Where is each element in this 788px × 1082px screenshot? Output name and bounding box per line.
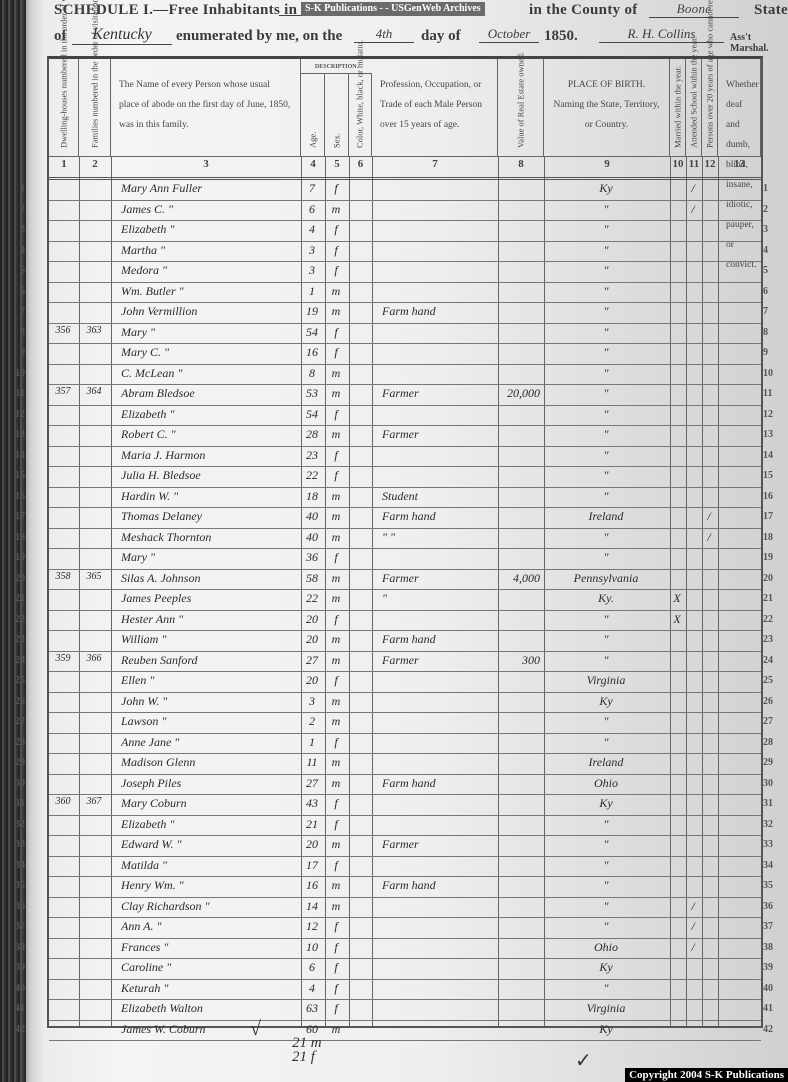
cell-age: 16 xyxy=(303,345,321,360)
table-row: Madison Glenn11mIreland xyxy=(49,753,761,775)
cell-birth: " xyxy=(546,735,666,750)
cell-name: Mary Ann Fuller xyxy=(121,181,299,196)
line-number-left: 33 xyxy=(5,839,25,850)
cell-age: 4 xyxy=(303,981,321,996)
cell-occupation: Farmer xyxy=(382,386,496,401)
cell-birth: " xyxy=(546,448,666,463)
cell-name: James W. Coburn xyxy=(121,1022,299,1037)
cell-name: James C. " xyxy=(121,202,299,217)
column-header-label: Color, White, black, or mulatto. xyxy=(356,40,365,148)
cell-name: Edward W. " xyxy=(121,837,299,852)
cell-married: X xyxy=(672,591,682,606)
cell-name: Elizabeth Walton xyxy=(121,1001,299,1016)
cell-school: / xyxy=(688,202,698,217)
table-row: Julia H. Bledsoe22f" xyxy=(49,466,761,488)
cell-age: 7 xyxy=(303,181,321,196)
cell-sex: m xyxy=(327,284,345,299)
line-number-right: 7 xyxy=(763,306,783,317)
table-row: Anne Jane "1f" xyxy=(49,733,761,755)
table-row: James Peeples22m"Ky.X xyxy=(49,589,761,611)
table-row: Caroline "6fKy xyxy=(49,958,761,980)
line-number-left: 31 xyxy=(5,798,25,809)
cell-age: 6 xyxy=(303,960,321,975)
line-number-left: 8 xyxy=(5,327,25,338)
cell-sex: m xyxy=(327,571,345,586)
column-header-label: Families numbered in the order of visita… xyxy=(90,0,99,148)
table-row: Frances "10fOhio/ xyxy=(49,938,761,960)
cell-sex: m xyxy=(327,878,345,893)
cell-sex: f xyxy=(327,468,345,483)
line-number-left: 17 xyxy=(5,511,25,522)
cell-sex: m xyxy=(327,591,345,606)
cell-birth: " xyxy=(546,263,666,278)
cell-value: 300 xyxy=(500,653,540,668)
cell-birth: " xyxy=(546,202,666,217)
cell-name: Henry Wm. " xyxy=(121,878,299,893)
table-row: 360367Mary Coburn43fKy xyxy=(49,794,761,816)
line-number-right: 42 xyxy=(763,1024,783,1035)
cell-name: Mary C. " xyxy=(121,345,299,360)
column-header-label: Value of Real Estate owned. xyxy=(516,52,525,148)
line-number-left: 21 xyxy=(5,593,25,604)
line-number-right: 26 xyxy=(763,696,783,707)
line-number-left: 34 xyxy=(5,860,25,871)
cell-dwelling: 359 xyxy=(51,653,75,664)
line-number-left: 18 xyxy=(5,532,25,543)
line-number-right: 5 xyxy=(763,265,783,276)
cell-name: Elizabeth " xyxy=(121,222,299,237)
column-header-1: Dwelling-houses numbered in the order of… xyxy=(49,59,79,156)
page-tally: 21 m 21 f xyxy=(292,1036,322,1064)
cell-age: 20 xyxy=(303,612,321,627)
cell-birth: " xyxy=(546,222,666,237)
line-number-right: 28 xyxy=(763,737,783,748)
cell-name: Ellen " xyxy=(121,673,299,688)
cell-birth: Ireland xyxy=(546,755,666,770)
cell-age: 19 xyxy=(303,304,321,319)
cell-age: 3 xyxy=(303,694,321,709)
cell-school: / xyxy=(688,940,698,955)
cell-age: 54 xyxy=(303,407,321,422)
column-header-label: Attended School within the year. xyxy=(689,36,698,148)
cell-name: Reuben Sanford xyxy=(121,653,299,668)
cell-age: 2 xyxy=(303,714,321,729)
table-row: C. McLean "8m" xyxy=(49,364,761,386)
line-number-right: 22 xyxy=(763,614,783,625)
cell-birth: " xyxy=(546,304,666,319)
cell-birth: " xyxy=(546,632,666,647)
line-number-right: 8 xyxy=(763,327,783,338)
cell-birth: " xyxy=(546,837,666,852)
table-row: 359366Reuben Sanford27mFarmer300" xyxy=(49,651,761,673)
cell-sex: m xyxy=(327,714,345,729)
cell-birth: " xyxy=(546,899,666,914)
line-number-left: 41 xyxy=(5,1003,25,1014)
tally-female: 21 f xyxy=(292,1050,322,1064)
cell-sex: f xyxy=(327,858,345,873)
cell-name: Elizabeth " xyxy=(121,817,299,832)
cell-name: John W. " xyxy=(121,694,299,709)
cell-sex: f xyxy=(327,673,345,688)
line-number-right: 12 xyxy=(763,409,783,420)
line-number-right: 23 xyxy=(763,634,783,645)
table-row: Hardin W. "18mStudent" xyxy=(49,487,761,509)
cell-dwelling: 357 xyxy=(51,386,75,397)
table-row: Ann A. "12f"/ xyxy=(49,917,761,939)
line-number-left: 9 xyxy=(5,347,25,358)
cell-age: 18 xyxy=(303,489,321,504)
line-number-left: 7 xyxy=(5,306,25,317)
cell-family: 367 xyxy=(81,796,107,807)
watermark-banner: S-K Publications - - USGenWeb Archives xyxy=(301,2,485,16)
table-row: Clay Richardson "14m"/ xyxy=(49,897,761,919)
line-number-left: 27 xyxy=(5,716,25,727)
cell-age: 1 xyxy=(303,284,321,299)
cell-sex: m xyxy=(327,632,345,647)
line-number-left: 22 xyxy=(5,614,25,625)
cell-birth: " xyxy=(546,550,666,565)
line-number-left: 29 xyxy=(5,757,25,768)
line-number-left: 30 xyxy=(5,778,25,789)
cell-age: 22 xyxy=(303,468,321,483)
line-number-right: 27 xyxy=(763,716,783,727)
line-number-left: 23 xyxy=(5,634,25,645)
cell-sex: f xyxy=(327,407,345,422)
cell-occupation: Farmer xyxy=(382,837,496,852)
cell-birth: Ky xyxy=(546,181,666,196)
table-row: John Vermillion19mFarm hand" xyxy=(49,302,761,324)
cell-birth: " xyxy=(546,366,666,381)
cell-birth: " xyxy=(546,345,666,360)
table-row: Keturah "4f" xyxy=(49,979,761,1001)
column-header-13: Whether deaf and dumb, blind, insane, id… xyxy=(718,59,761,156)
line-number-right: 20 xyxy=(763,573,783,584)
cell-birth: " xyxy=(546,489,666,504)
table-row: 356363Mary "54f" xyxy=(49,323,761,345)
cell-sex: f xyxy=(327,243,345,258)
table-row: 358365Silas A. Johnson58mFarmer4,000Penn… xyxy=(49,569,761,591)
line-number-right: 36 xyxy=(763,901,783,912)
line-number-left: 4 xyxy=(5,245,25,256)
cell-name: James Peeples xyxy=(121,591,299,606)
line-number-right: 3 xyxy=(763,224,783,235)
cell-birth: " xyxy=(546,386,666,401)
line-number-left: 15 xyxy=(5,470,25,481)
table-row: Matilda "17f" xyxy=(49,856,761,878)
cell-age: 3 xyxy=(303,263,321,278)
cell-birth: Ky xyxy=(546,694,666,709)
cell-school: / xyxy=(688,181,698,196)
table-row: Elizabeth "4f" xyxy=(49,220,761,242)
line-number-right: 19 xyxy=(763,552,783,563)
check-mark-icon: √ xyxy=(250,1018,261,1041)
cell-birth: Pennsylvania xyxy=(546,571,666,586)
cell-occupation: Farm hand xyxy=(382,878,496,893)
cell-sex: f xyxy=(327,960,345,975)
table-row: Lawson "2m" xyxy=(49,712,761,734)
line-number-left: 14 xyxy=(5,450,25,461)
table-row: Martha "3f" xyxy=(49,241,761,263)
cell-sex: m xyxy=(327,776,345,791)
cell-sex: f xyxy=(327,325,345,340)
cell-birth: " xyxy=(546,858,666,873)
cell-school: / xyxy=(688,899,698,914)
cell-age: 16 xyxy=(303,878,321,893)
column-header-8: Value of Real Estate owned. xyxy=(498,59,544,156)
table-row: Mary "36f" xyxy=(49,548,761,570)
column-header-label: PLACE OF BIRTH. Naming the State, Territ… xyxy=(544,59,669,135)
line-number-right: 2 xyxy=(763,204,783,215)
cell-birth: Virginia xyxy=(546,1001,666,1016)
cell-age: 4 xyxy=(303,222,321,237)
cell-occupation: Farm hand xyxy=(382,776,496,791)
table-row: James C. "6m"/ xyxy=(49,200,761,222)
line-number-left: 11 xyxy=(5,388,25,399)
line-number-right: 29 xyxy=(763,757,783,768)
line-number-left: 39 xyxy=(5,962,25,973)
column-header-9: PLACE OF BIRTH. Naming the State, Territ… xyxy=(544,59,670,156)
cell-name: John Vermillion xyxy=(121,304,299,319)
cell-dwelling: 360 xyxy=(51,796,75,807)
cell-age: 1 xyxy=(303,735,321,750)
line-number-right: 32 xyxy=(763,819,783,830)
cell-name: Hardin W. " xyxy=(121,489,299,504)
cell-name: Maria J. Harmon xyxy=(121,448,299,463)
table-row: Wm. Butler "1m" xyxy=(49,282,761,304)
table-row: Maria J. Harmon23f" xyxy=(49,446,761,468)
cell-family: 363 xyxy=(81,325,107,336)
cell-occupation: Farmer xyxy=(382,653,496,668)
column-number-row xyxy=(49,156,761,180)
line-number-right: 33 xyxy=(763,839,783,850)
line-number-right: 40 xyxy=(763,983,783,994)
cell-sex: m xyxy=(327,366,345,381)
cell-age: 21 xyxy=(303,817,321,832)
cell-name: Silas A. Johnson xyxy=(121,571,299,586)
cell-age: 36 xyxy=(303,550,321,565)
cell-birth: " xyxy=(546,817,666,832)
table-row: Meshack Thornton40m" ""/ xyxy=(49,528,761,550)
column-header-4: Age. xyxy=(301,73,325,156)
cell-birth: " xyxy=(546,919,666,934)
line-number-right: 39 xyxy=(763,962,783,973)
cell-name: Frances " xyxy=(121,940,299,955)
cell-name: Meshack Thornton xyxy=(121,530,299,545)
line-number-left: 12 xyxy=(5,409,25,420)
cell-birth: " xyxy=(546,468,666,483)
cell-married: X xyxy=(672,612,682,627)
cell-name: C. McLean " xyxy=(121,366,299,381)
year-value: 1850. xyxy=(544,28,578,45)
cell-sex: f xyxy=(327,1001,345,1016)
table-row: John W. "3mKy xyxy=(49,692,761,714)
cell-birth: Ohio xyxy=(546,776,666,791)
cell-name: Julia H. Bledsoe xyxy=(121,468,299,483)
cell-sex: m xyxy=(327,694,345,709)
cell-sex: m xyxy=(327,653,345,668)
cell-age: 54 xyxy=(303,325,321,340)
table-row: Medora "3f" xyxy=(49,261,761,283)
line-number-right: 17 xyxy=(763,511,783,522)
census-page: SCHEDULE I.—Free Inhabitants in in the C… xyxy=(0,0,788,1082)
table-row: Edward W. "20mFarmer" xyxy=(49,835,761,857)
tally-male: 21 m xyxy=(292,1036,322,1050)
cell-birth: " xyxy=(546,612,666,627)
line-number-right: 34 xyxy=(763,860,783,871)
cell-name: Robert C. " xyxy=(121,427,299,442)
cell-sex: f xyxy=(327,796,345,811)
cell-birth: " xyxy=(546,981,666,996)
cell-age: 6 xyxy=(303,202,321,217)
line-number-right: 38 xyxy=(763,942,783,953)
cell-name: Mary " xyxy=(121,325,299,340)
cell-age: 40 xyxy=(303,509,321,524)
line-number-right: 11 xyxy=(763,388,783,399)
cell-name: Martha " xyxy=(121,243,299,258)
cell-sex: f xyxy=(327,181,345,196)
cell-value: 4,000 xyxy=(500,571,540,586)
line-number-left: 37 xyxy=(5,921,25,932)
cell-sex: f xyxy=(327,550,345,565)
cell-age: 20 xyxy=(303,632,321,647)
line-number-right: 13 xyxy=(763,429,783,440)
line-number-right: 18 xyxy=(763,532,783,543)
cell-age: 27 xyxy=(303,653,321,668)
state-value: Kentucky xyxy=(72,26,172,45)
column-header-10: Married within the year. xyxy=(670,59,686,156)
cell-illiterate: / xyxy=(704,530,714,545)
cell-value: 20,000 xyxy=(500,386,540,401)
cell-age: 8 xyxy=(303,366,321,381)
cell-birth: Ohio xyxy=(546,940,666,955)
cell-name: Joseph Piles xyxy=(121,776,299,791)
cell-sex: m xyxy=(327,509,345,524)
cell-birth: " xyxy=(546,407,666,422)
cell-name: Abram Bledsoe xyxy=(121,386,299,401)
line-number-left: 26 xyxy=(5,696,25,707)
cell-age: 12 xyxy=(303,919,321,934)
cell-sex: f xyxy=(327,448,345,463)
cell-age: 22 xyxy=(303,591,321,606)
line-number-right: 1 xyxy=(763,183,783,194)
cell-birth: " xyxy=(546,427,666,442)
cell-name: Keturah " xyxy=(121,981,299,996)
table-row: Joseph Piles27mFarm handOhio xyxy=(49,774,761,796)
cell-name: Lawson " xyxy=(121,714,299,729)
marshal-label: Ass't Marshal. xyxy=(730,32,788,54)
table-row: Elizabeth "21f" xyxy=(49,815,761,837)
line-number-left: 20 xyxy=(5,573,25,584)
line-number-left: 25 xyxy=(5,675,25,686)
cell-age: 63 xyxy=(303,1001,321,1016)
table-row: Thomas Delaney40mFarm handIreland/ xyxy=(49,507,761,529)
line-number-left: 1 xyxy=(5,183,25,194)
column-header-label: Age. xyxy=(308,132,317,148)
cell-age: 28 xyxy=(303,427,321,442)
cell-sex: m xyxy=(327,427,345,442)
line-number-right: 25 xyxy=(763,675,783,686)
cell-name: Matilda " xyxy=(121,858,299,873)
line-number-right: 30 xyxy=(763,778,783,789)
cell-occupation: Farmer xyxy=(382,571,496,586)
cell-sex: m xyxy=(327,202,345,217)
line-number-left: 32 xyxy=(5,819,25,830)
cell-age: 58 xyxy=(303,571,321,586)
line-number-left: 16 xyxy=(5,491,25,502)
line-number-right: 24 xyxy=(763,655,783,666)
cell-school: / xyxy=(688,919,698,934)
cell-birth: Ky xyxy=(546,1022,666,1037)
column-header-label: Persons over 20 years of age who cannot … xyxy=(705,0,714,148)
table-row: Elizabeth "54f" xyxy=(49,405,761,427)
column-header-label: The Name of every Person whose usual pla… xyxy=(111,59,300,135)
line-number-left: 40 xyxy=(5,983,25,994)
line-number-left: 35 xyxy=(5,880,25,891)
state-label: State xyxy=(754,2,788,19)
cell-age: 20 xyxy=(303,837,321,852)
cell-name: Mary Coburn xyxy=(121,796,299,811)
cell-name: Madison Glenn xyxy=(121,755,299,770)
cell-age: 17 xyxy=(303,858,321,873)
cell-sex: m xyxy=(327,386,345,401)
table-row: Elizabeth Walton63fVirginia xyxy=(49,999,761,1021)
cell-age: 40 xyxy=(303,530,321,545)
column-header-label: Profession, Occupation, or Trade of each… xyxy=(372,59,497,135)
line-number-right: 16 xyxy=(763,491,783,502)
line-number-right: 14 xyxy=(763,450,783,461)
column-header-7: Profession, Occupation, or Trade of each… xyxy=(372,59,498,156)
table-row: 357364Abram Bledsoe53mFarmer20,000" xyxy=(49,384,761,406)
cell-occupation: Farm hand xyxy=(382,509,496,524)
line-number-left: 3 xyxy=(5,224,25,235)
cell-sex: m xyxy=(327,899,345,914)
cell-birth: Ky. xyxy=(546,591,666,606)
copyright-notice: Copyright 2004 S-K Publications xyxy=(625,1068,788,1082)
line-number-left: 38 xyxy=(5,942,25,953)
table-row: Hester Ann "20f"X xyxy=(49,610,761,632)
cell-occupation: " " xyxy=(382,530,496,545)
line-number-right: 6 xyxy=(763,286,783,297)
line-number-right: 15 xyxy=(763,470,783,481)
table-row: Ellen "20fVirginia xyxy=(49,671,761,693)
line-number-right: 21 xyxy=(763,593,783,604)
column-header-12: Persons over 20 years of age who cannot … xyxy=(702,59,718,156)
line-number-right: 10 xyxy=(763,368,783,379)
cell-age: 20 xyxy=(303,673,321,688)
cell-sex: f xyxy=(327,940,345,955)
line-number-left: 19 xyxy=(5,552,25,563)
cell-name: Elizabeth " xyxy=(121,407,299,422)
enumerated-label: enumerated by me, on the xyxy=(176,28,342,45)
line-number-left: 5 xyxy=(5,265,25,276)
cell-name: Mary " xyxy=(121,550,299,565)
cell-sex: f xyxy=(327,919,345,934)
cell-birth: Ireland xyxy=(546,509,666,524)
table-row: Robert C. "28mFarmer" xyxy=(49,425,761,447)
cell-age: 27 xyxy=(303,776,321,791)
cell-sex: f xyxy=(327,345,345,360)
cell-sex: m xyxy=(327,755,345,770)
cell-age: 14 xyxy=(303,899,321,914)
line-number-left: 6 xyxy=(5,286,25,297)
cell-name: William " xyxy=(121,632,299,647)
cell-illiterate: / xyxy=(704,509,714,524)
line-number-left: 10 xyxy=(5,368,25,379)
cell-name: Hester Ann " xyxy=(121,612,299,627)
cell-birth: Ky xyxy=(546,960,666,975)
column-header-label: Married within the year. xyxy=(673,66,682,148)
line-number-left: 24 xyxy=(5,655,25,666)
